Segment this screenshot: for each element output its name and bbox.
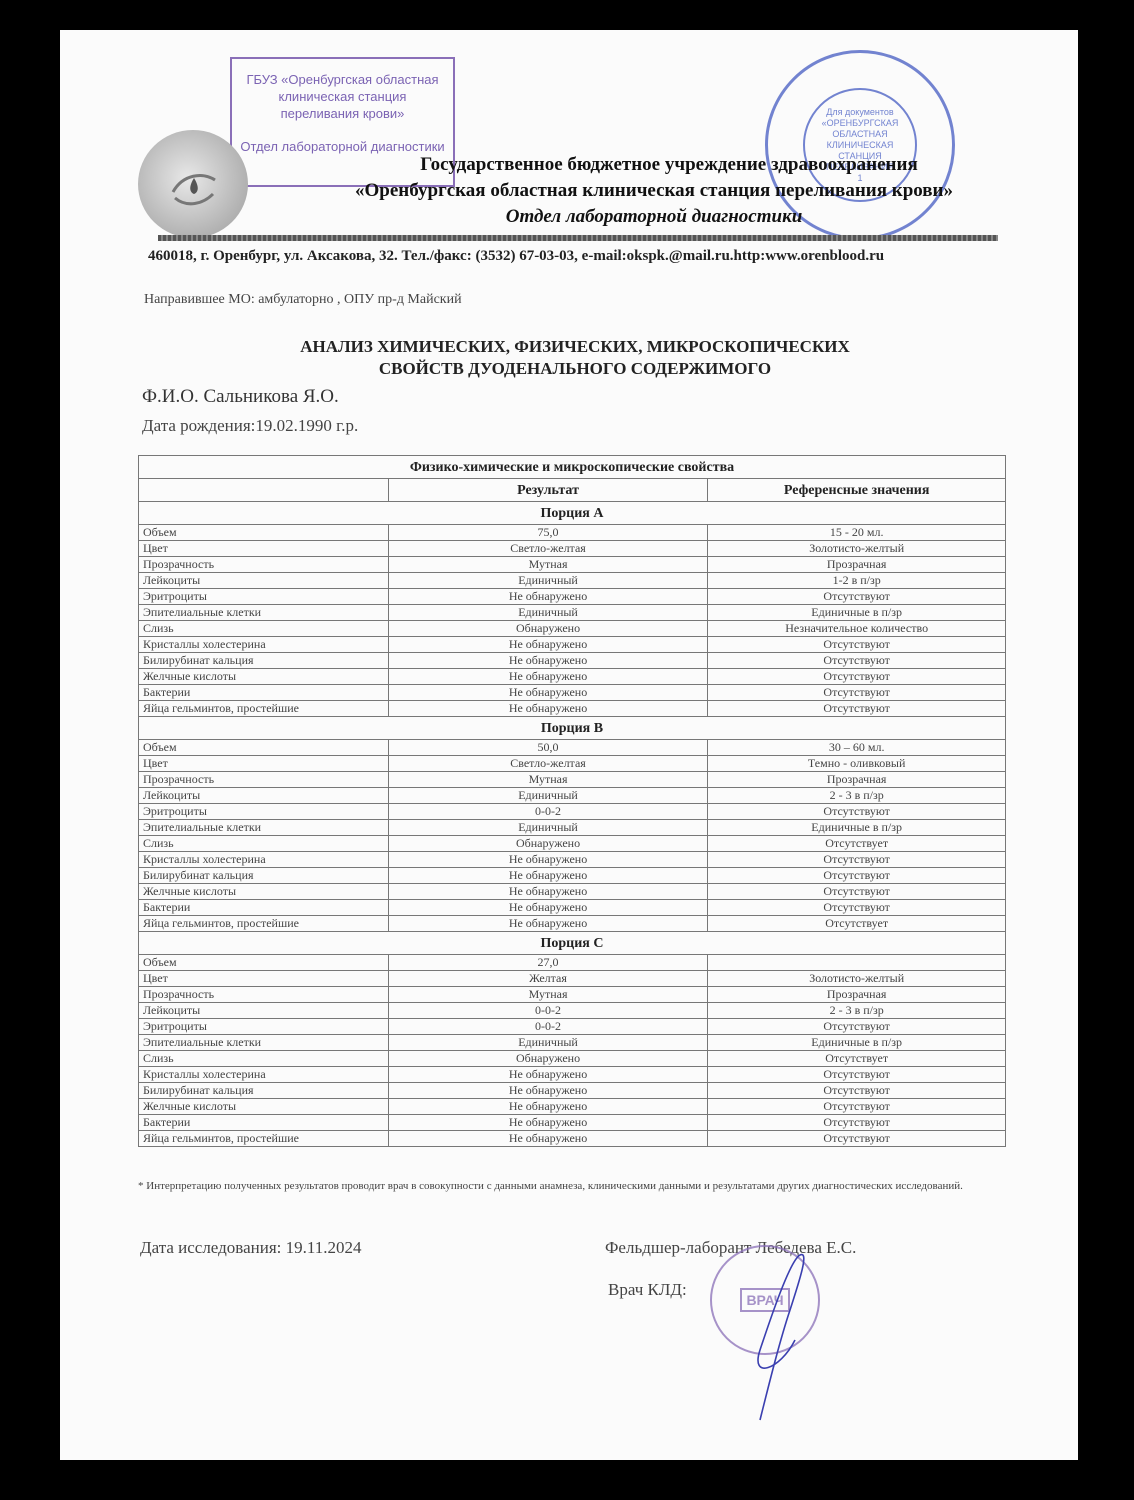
parameter-cell: Прозрачность bbox=[139, 772, 389, 788]
table-row: Эпителиальные клеткиЕдиничныйЕдиничные в… bbox=[139, 1035, 1006, 1051]
parameter-cell: Слизь bbox=[139, 621, 389, 637]
parameter-cell: Бактерии bbox=[139, 900, 389, 916]
table-caption-row: Физико-химические и микроскопические сво… bbox=[139, 456, 1006, 479]
reference-cell: Отсутствуют bbox=[708, 1067, 1006, 1083]
stamp-text: «ОРЕНБУРГСКАЯ bbox=[822, 118, 899, 129]
result-cell: Не обнаружено bbox=[388, 884, 708, 900]
reference-cell: Отсутствует bbox=[708, 916, 1006, 932]
table-row: Желчные кислотыНе обнаруженоОтсутствуют bbox=[139, 669, 1006, 685]
table-row: Желчные кислотыНе обнаруженоОтсутствуют bbox=[139, 1099, 1006, 1115]
result-cell: Единичный bbox=[388, 788, 708, 804]
table-header-row: Результат Референсные значения bbox=[139, 479, 1006, 502]
result-cell: Не обнаружено bbox=[388, 1067, 708, 1083]
result-cell: Единичный bbox=[388, 1035, 708, 1051]
result-cell: 50,0 bbox=[388, 740, 708, 756]
result-cell: Не обнаружено bbox=[388, 589, 708, 605]
table-row: Объем75,015 - 20 мл. bbox=[139, 525, 1006, 541]
result-cell: 75,0 bbox=[388, 525, 708, 541]
table-row: БактерииНе обнаруженоОтсутствуют bbox=[139, 900, 1006, 916]
result-cell: Не обнаружено bbox=[388, 900, 708, 916]
table-row: Яйца гельминтов, простейшиеНе обнаружено… bbox=[139, 1131, 1006, 1147]
parameter-cell: Билирубинат кальция bbox=[139, 1083, 389, 1099]
reference-cell: Отсутствуют bbox=[708, 884, 1006, 900]
reference-cell: Отсутствуют bbox=[708, 868, 1006, 884]
document-page: ГБУЗ «Оренбургская областная клиническая… bbox=[60, 30, 1078, 1460]
parameter-cell: Яйца гельминтов, простейшие bbox=[139, 1131, 389, 1147]
table-caption: Физико-химические и микроскопические сво… bbox=[139, 456, 1006, 479]
document-title: АНАЛИЗ ХИМИЧЕСКИХ, ФИЗИЧЕСКИХ, МИКРОСКОП… bbox=[60, 336, 1090, 380]
table-row: Яйца гельминтов, простейшиеНе обнаружено… bbox=[139, 916, 1006, 932]
reference-cell: Отсутствуют bbox=[708, 637, 1006, 653]
reference-cell: Отсутствуют bbox=[708, 804, 1006, 820]
parameter-cell: Эпителиальные клетки bbox=[139, 605, 389, 621]
parameter-cell: Объем bbox=[139, 525, 389, 541]
table-row: Билирубинат кальцияНе обнаруженоОтсутств… bbox=[139, 868, 1006, 884]
table-row: ЦветСветло-желтаяЗолотисто-желтый bbox=[139, 541, 1006, 557]
parameter-cell: Цвет bbox=[139, 971, 389, 987]
reference-cell: Прозрачная bbox=[708, 557, 1006, 573]
title-line: СВОЙСТВ ДУОДЕНАЛЬНОГО СОДЕРЖИМОГО bbox=[60, 358, 1090, 380]
stamp-text: ОБЛАСТНАЯ bbox=[832, 129, 887, 140]
reference-cell: Золотисто-желтый bbox=[708, 541, 1006, 557]
table-row: Билирубинат кальцияНе обнаруженоОтсутств… bbox=[139, 1083, 1006, 1099]
result-cell: Не обнаружено bbox=[388, 1099, 708, 1115]
stamp-line: клиническая станция bbox=[232, 88, 453, 105]
result-cell: Единичный bbox=[388, 605, 708, 621]
table-row: Объем27,0 bbox=[139, 955, 1006, 971]
reference-cell: Темно - оливковый bbox=[708, 756, 1006, 772]
reference-cell bbox=[708, 955, 1006, 971]
table-row: Лейкоциты0-0-22 - 3 в п/зр bbox=[139, 1003, 1006, 1019]
header-result: Результат bbox=[388, 479, 708, 502]
table-row: СлизьОбнаруженоОтсутствует bbox=[139, 836, 1006, 852]
parameter-cell: Слизь bbox=[139, 836, 389, 852]
stamp-text: Для документов bbox=[826, 107, 893, 118]
reference-cell: Отсутствуют bbox=[708, 589, 1006, 605]
table-row: СлизьОбнаруженоНезначительное количество bbox=[139, 621, 1006, 637]
reference-cell: Золотисто-желтый bbox=[708, 971, 1006, 987]
footnote: * Интерпретацию полученных результатов п… bbox=[138, 1178, 1008, 1194]
result-cell: Мутная bbox=[388, 987, 708, 1003]
reference-cell: Отсутствуют bbox=[708, 701, 1006, 717]
patient-name: Ф.И.О. Сальникова Я.О. bbox=[142, 386, 339, 408]
stamp-line: Отдел лабораторной диагностики bbox=[232, 138, 453, 155]
reference-cell: Единичные в п/зр bbox=[708, 820, 1006, 836]
reference-cell: Отсутствует bbox=[708, 1051, 1006, 1067]
doctor-label: Врач КЛД: bbox=[608, 1280, 687, 1300]
result-cell: Не обнаружено bbox=[388, 669, 708, 685]
reference-cell: Незначительное количество bbox=[708, 621, 1006, 637]
result-cell: 0-0-2 bbox=[388, 1019, 708, 1035]
parameter-cell: Яйца гельминтов, простейшие bbox=[139, 916, 389, 932]
table-row: Эпителиальные клеткиЕдиничныйЕдиничные в… bbox=[139, 605, 1006, 621]
parameter-cell: Эритроциты bbox=[139, 804, 389, 820]
table-row: Эритроциты0-0-2Отсутствуют bbox=[139, 804, 1006, 820]
result-cell: Единичный bbox=[388, 573, 708, 589]
reference-cell: Отсутствуют bbox=[708, 1131, 1006, 1147]
result-cell: Не обнаружено bbox=[388, 1115, 708, 1131]
parameter-cell: Прозрачность bbox=[139, 557, 389, 573]
table-row: Эритроциты0-0-2Отсутствуют bbox=[139, 1019, 1006, 1035]
result-cell: 0-0-2 bbox=[388, 1003, 708, 1019]
reference-cell: 15 - 20 мл. bbox=[708, 525, 1006, 541]
title-line: АНАЛИЗ ХИМИЧЕСКИХ, ФИЗИЧЕСКИХ, МИКРОСКОП… bbox=[60, 336, 1090, 358]
table-row: ПрозрачностьМутнаяПрозрачная bbox=[139, 557, 1006, 573]
parameter-cell: Кристаллы холестерина bbox=[139, 852, 389, 868]
table-row: Объем50,030 – 60 мл. bbox=[139, 740, 1006, 756]
org-department: Отдел лабораторной диагностики bbox=[60, 206, 1078, 228]
parameter-cell: Билирубинат кальция bbox=[139, 868, 389, 884]
reference-cell: Отсутствуют bbox=[708, 1019, 1006, 1035]
stamp-line: ГБУЗ «Оренбургская областная bbox=[232, 71, 453, 88]
reference-cell: 2 - 3 в п/зр bbox=[708, 1003, 1006, 1019]
study-date: Дата исследования: 19.11.2024 bbox=[140, 1238, 361, 1258]
table-row: ЛейкоцитыЕдиничный2 - 3 в п/зр bbox=[139, 788, 1006, 804]
stamp-line: переливания крови» bbox=[232, 105, 453, 122]
section-header-row: Порция С bbox=[139, 932, 1006, 955]
org-name-line1: Государственное бюджетное учреждение здр… bbox=[60, 154, 1078, 176]
table-row: Кристаллы холестеринаНе обнаруженоОтсутс… bbox=[139, 637, 1006, 653]
parameter-cell: Бактерии bbox=[139, 1115, 389, 1131]
parameter-cell: Объем bbox=[139, 955, 389, 971]
parameter-cell: Лейкоциты bbox=[139, 573, 389, 589]
reference-cell: Прозрачная bbox=[708, 772, 1006, 788]
parameter-cell: Цвет bbox=[139, 541, 389, 557]
result-cell: 27,0 bbox=[388, 955, 708, 971]
table-row: ПрозрачностьМутнаяПрозрачная bbox=[139, 772, 1006, 788]
section-header-row: Порция В bbox=[139, 717, 1006, 740]
parameter-cell: Бактерии bbox=[139, 685, 389, 701]
parameter-cell: Объем bbox=[139, 740, 389, 756]
org-address: 460018, г. Оренбург, ул. Аксакова, 32. Т… bbox=[148, 248, 884, 265]
reference-cell: Единичные в п/зр bbox=[708, 1035, 1006, 1051]
parameter-cell: Прозрачность bbox=[139, 987, 389, 1003]
table-row: Кристаллы холестеринаНе обнаруженоОтсутс… bbox=[139, 852, 1006, 868]
result-cell: Единичный bbox=[388, 820, 708, 836]
table-row: БактерииНе обнаруженоОтсутствуют bbox=[139, 1115, 1006, 1131]
table-row: ЛейкоцитыЕдиничный1-2 в п/зр bbox=[139, 573, 1006, 589]
reference-cell: Отсутствуют bbox=[708, 1099, 1006, 1115]
reference-cell: 1-2 в п/зр bbox=[708, 573, 1006, 589]
patient-dob: Дата рождения:19.02.1990 г.р. bbox=[142, 416, 358, 436]
result-cell: Не обнаружено bbox=[388, 701, 708, 717]
parameter-cell: Кристаллы холестерина bbox=[139, 1067, 389, 1083]
reference-cell: Отсутствуют bbox=[708, 685, 1006, 701]
parameter-cell: Эпителиальные клетки bbox=[139, 1035, 389, 1051]
table-row: ЭритроцитыНе обнаруженоОтсутствуют bbox=[139, 589, 1006, 605]
parameter-cell: Кристаллы холестерина bbox=[139, 637, 389, 653]
reference-cell: Отсутствуют bbox=[708, 900, 1006, 916]
result-cell: 0-0-2 bbox=[388, 804, 708, 820]
org-name-line2: «Оренбургская областная клиническая стан… bbox=[60, 180, 1078, 202]
reference-cell: Отсутствуют bbox=[708, 852, 1006, 868]
table-row: БактерииНе обнаруженоОтсутствуют bbox=[139, 685, 1006, 701]
parameter-cell: Цвет bbox=[139, 756, 389, 772]
parameter-cell: Лейкоциты bbox=[139, 1003, 389, 1019]
table-row: Билирубинат кальцияНе обнаруженоОтсутств… bbox=[139, 653, 1006, 669]
section-title: Порция В bbox=[139, 717, 1006, 740]
table-row: ЦветЖелтаяЗолотисто-желтый bbox=[139, 971, 1006, 987]
reference-cell: Единичные в п/зр bbox=[708, 605, 1006, 621]
result-cell: Мутная bbox=[388, 557, 708, 573]
table-row: ПрозрачностьМутнаяПрозрачная bbox=[139, 987, 1006, 1003]
section-title: Порция А bbox=[139, 502, 1006, 525]
table-row: Кристаллы холестеринаНе обнаруженоОтсутс… bbox=[139, 1067, 1006, 1083]
results-table: Физико-химические и микроскопические сво… bbox=[138, 455, 1006, 1147]
signature-icon bbox=[700, 1230, 840, 1430]
reference-cell: Отсутствуют bbox=[708, 1115, 1006, 1131]
result-cell: Обнаружено bbox=[388, 621, 708, 637]
parameter-cell: Слизь bbox=[139, 1051, 389, 1067]
header-empty bbox=[139, 479, 389, 502]
referral-info: Направившее МО: амбулаторно , ОПУ пр-д М… bbox=[144, 292, 462, 308]
parameter-cell: Эпителиальные клетки bbox=[139, 820, 389, 836]
parameter-cell: Эритроциты bbox=[139, 1019, 389, 1035]
result-cell: Обнаружено bbox=[388, 836, 708, 852]
header-divider bbox=[158, 235, 998, 241]
table-row: Эпителиальные клеткиЕдиничныйЕдиничные в… bbox=[139, 820, 1006, 836]
stamp-text: КЛИНИЧЕСКАЯ bbox=[827, 140, 894, 151]
table-row: Желчные кислотыНе обнаруженоОтсутствуют bbox=[139, 884, 1006, 900]
reference-cell: Отсутствуют bbox=[708, 669, 1006, 685]
parameter-cell: Желчные кислоты bbox=[139, 884, 389, 900]
reference-cell: Прозрачная bbox=[708, 987, 1006, 1003]
result-cell: Светло-желтая bbox=[388, 756, 708, 772]
result-cell: Желтая bbox=[388, 971, 708, 987]
table-row: СлизьОбнаруженоОтсутствует bbox=[139, 1051, 1006, 1067]
reference-cell: Отсутствуют bbox=[708, 653, 1006, 669]
result-cell: Светло-желтая bbox=[388, 541, 708, 557]
result-cell: Не обнаружено bbox=[388, 653, 708, 669]
parameter-cell: Яйца гельминтов, простейшие bbox=[139, 701, 389, 717]
parameter-cell: Желчные кислоты bbox=[139, 669, 389, 685]
header-reference: Референсные значения bbox=[708, 479, 1006, 502]
parameter-cell: Желчные кислоты bbox=[139, 1099, 389, 1115]
section-header-row: Порция А bbox=[139, 502, 1006, 525]
table-row: Яйца гельминтов, простейшиеНе обнаружено… bbox=[139, 701, 1006, 717]
result-cell: Не обнаружено bbox=[388, 852, 708, 868]
result-cell: Обнаружено bbox=[388, 1051, 708, 1067]
parameter-cell: Билирубинат кальция bbox=[139, 653, 389, 669]
table-row: ЦветСветло-желтаяТемно - оливковый bbox=[139, 756, 1006, 772]
result-cell: Мутная bbox=[388, 772, 708, 788]
result-cell: Не обнаружено bbox=[388, 637, 708, 653]
result-cell: Не обнаружено bbox=[388, 868, 708, 884]
reference-cell: Отсутствуют bbox=[708, 1083, 1006, 1099]
reference-cell: 30 – 60 мл. bbox=[708, 740, 1006, 756]
reference-cell: Отсутствует bbox=[708, 836, 1006, 852]
result-cell: Не обнаружено bbox=[388, 685, 708, 701]
reference-cell: 2 - 3 в п/зр bbox=[708, 788, 1006, 804]
result-cell: Не обнаружено bbox=[388, 916, 708, 932]
parameter-cell: Эритроциты bbox=[139, 589, 389, 605]
parameter-cell: Лейкоциты bbox=[139, 788, 389, 804]
section-title: Порция С bbox=[139, 932, 1006, 955]
result-cell: Не обнаружено bbox=[388, 1083, 708, 1099]
result-cell: Не обнаружено bbox=[388, 1131, 708, 1147]
